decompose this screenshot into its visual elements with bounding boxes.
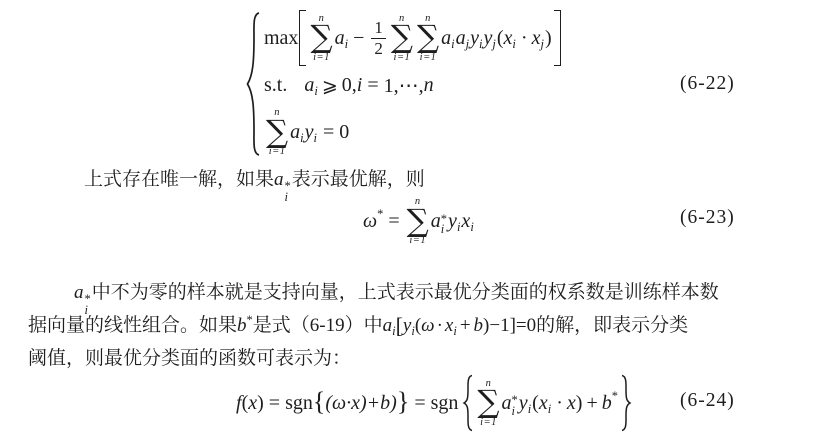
fraction-denominator: 2 <box>371 38 386 59</box>
summation-symbol: n ∑ i=1 <box>417 13 439 64</box>
var-y: y <box>448 210 457 233</box>
fraction-numerator: 1 <box>371 18 386 38</box>
text-segment: 的解，即表示分类 <box>536 315 688 336</box>
dot-operator: · <box>437 315 443 336</box>
sub-i: i <box>528 402 531 417</box>
equals-sign: = <box>269 392 280 415</box>
sub-i: i <box>441 224 444 235</box>
var-a: a <box>335 27 345 50</box>
summation-symbol: n ∑ i=1 <box>407 196 429 247</box>
summation-symbol: n ∑ i=1 <box>391 13 413 64</box>
sub-i: i <box>345 37 348 52</box>
paragraph-line: 据向量的线性组合。如果b*是式（6-19）中ai[yi(ω·xi+b)−1]=0… <box>28 310 688 339</box>
subject-to-label: s.t. <box>264 74 287 97</box>
supsub-star-i: *i <box>441 214 447 235</box>
sub-j: j <box>492 37 495 52</box>
supsub-star-i: *i <box>285 181 291 202</box>
var-x: x <box>248 392 257 415</box>
sup-star: * <box>612 389 618 404</box>
sub-i: i <box>285 192 288 203</box>
right-square-bracket <box>554 10 561 66</box>
var-y: y <box>519 392 528 415</box>
left-curly-brace <box>245 11 261 157</box>
var-x: x <box>539 392 548 415</box>
equals-sign: = <box>367 74 378 97</box>
eq23-block: ω* = n ∑ i=1 a*i yi xi <box>363 196 475 247</box>
sub-i: i <box>479 37 482 52</box>
text-segment: 中不为零的样本就是支持向量，上式表示最优分类面的权系数是训练样本数 <box>92 282 719 303</box>
sgn-operator: sgn <box>285 392 313 415</box>
sub-j: j <box>466 37 469 52</box>
summation-symbol: n ∑ i=1 <box>477 378 499 429</box>
sigma-glyph: ∑ <box>477 389 499 416</box>
eq22-rows: max n ∑ i=1 ai − 1 2 n ∑ i=1 <box>264 10 561 158</box>
sub-i: i <box>451 37 454 52</box>
text-segment: 表示最优解，则 <box>292 169 425 190</box>
sequence-dots: 1,⋯, <box>384 73 424 98</box>
sum-lower-limit: i=1 <box>420 52 437 64</box>
left-paren: ( <box>497 27 504 50</box>
left-curly-brace: { <box>313 387 325 417</box>
text-segment: 据向量的线性组合。如果 <box>28 315 237 336</box>
sigma-glyph: ∑ <box>407 208 429 235</box>
right-curly-brace: } <box>397 387 409 417</box>
sub-i: i <box>314 131 317 146</box>
var-y: y <box>305 121 314 144</box>
equation-number-6-24: (6-24) <box>680 390 735 412</box>
big-left-curly-brace <box>461 374 474 432</box>
sum-lower-limit: i=1 <box>269 146 286 158</box>
sub-i: i <box>457 220 460 235</box>
greater-equal-slanted: ⩾ <box>322 75 338 97</box>
sub-i: i <box>548 402 551 417</box>
sub-j: j <box>540 37 543 52</box>
left-square-bracket <box>299 10 306 66</box>
sup-star: * <box>377 207 383 222</box>
sum-lower-limit: i=1 <box>394 52 411 64</box>
equals-sign: = <box>414 392 425 415</box>
sigma-glyph: ∑ <box>417 24 439 51</box>
text-segment: 上式存在唯一解，如果 <box>84 169 274 190</box>
var-n: n <box>424 74 434 97</box>
var-a: a <box>290 121 300 144</box>
var-x: x <box>461 210 470 233</box>
eq22-equality-row: n ∑ i=1 ai yi = 0 <box>264 107 561 158</box>
equals-sign: = <box>323 121 334 144</box>
minus-sign: − <box>353 27 364 50</box>
zero-comma: 0, <box>342 74 357 97</box>
sub-i: i <box>512 406 515 417</box>
equation-number-6-23: (6-23) <box>680 207 735 229</box>
text-segment: 阈值，则最优分类面的函数可表示为： <box>28 348 351 369</box>
sum-lower-limit: i=1 <box>409 235 426 247</box>
dot-operator: · <box>521 27 528 50</box>
document-page: max n ∑ i=1 ai − 1 2 n ∑ i=1 <box>0 0 828 432</box>
sub-i: i <box>314 84 317 99</box>
summation-symbol: n ∑ i=1 <box>266 107 288 158</box>
var-x: x <box>567 392 576 415</box>
zero: 0 <box>339 121 349 144</box>
right-paren: ) <box>545 27 552 50</box>
eq22-objective-row: max n ∑ i=1 ai − 1 2 n ∑ i=1 <box>264 10 561 66</box>
var-a: a <box>304 74 314 97</box>
eq22-constraint-row: s.t. ai ⩾ 0, i = 1,⋯, n <box>264 73 561 98</box>
sub-i: i <box>300 131 303 146</box>
plus-sign: + <box>586 392 597 415</box>
sub-i: i <box>512 37 515 52</box>
var-b: b <box>237 315 247 336</box>
dot-operator: · <box>556 392 563 415</box>
paragraph-line: 阈值，则最优分类面的函数可表示为： <box>28 343 351 370</box>
sub-i: i <box>453 324 456 338</box>
sub-i: i <box>470 220 473 235</box>
text-segment: 是式（6-19）中 <box>253 315 383 336</box>
var-a: a <box>502 392 512 415</box>
var-i: i <box>357 74 363 97</box>
var-a: a <box>456 27 466 50</box>
sigma-glyph: ∑ <box>391 24 413 51</box>
math-tail: )−1]=0 <box>483 315 536 336</box>
var-a: a <box>274 169 284 190</box>
right-paren: ) <box>257 392 264 415</box>
var-a: a <box>431 210 441 233</box>
sum-lower-limit: i=1 <box>480 417 497 429</box>
max-operator: max <box>264 27 298 50</box>
equals-sign: = <box>388 210 399 233</box>
eq22-block: max n ∑ i=1 ai − 1 2 n ∑ i=1 <box>245 10 561 158</box>
left-square-bracket: [ <box>396 313 403 338</box>
sgn-operator: sgn <box>431 392 459 415</box>
eq24-block: f(x) = sgn { (ω·x)+b) } = sgn n ∑ i=1 a*… <box>236 374 633 432</box>
var-a: a <box>74 282 84 303</box>
big-right-curly-brace <box>620 374 633 432</box>
var-x: x <box>504 27 513 50</box>
var-omega: ω <box>363 210 377 233</box>
left-paren: ( <box>532 392 539 415</box>
var-a: a <box>441 27 451 50</box>
plus-sign: + <box>460 315 471 336</box>
sum-lower-limit: i=1 <box>313 52 330 64</box>
sigma-glyph: ∑ <box>310 24 332 51</box>
fraction-one-half: 1 2 <box>371 18 386 58</box>
equation-number-6-22: (6-22) <box>680 73 735 95</box>
supsub-star-i: *i <box>512 395 518 416</box>
var-y: y <box>470 27 479 50</box>
var-b: b <box>474 315 484 336</box>
inner-expression: (ω·x)+b) <box>325 392 396 415</box>
var-a: a <box>383 315 393 336</box>
var-omega: ω <box>421 315 434 336</box>
right-paren: ) <box>576 392 583 415</box>
summation-symbol: n ∑ i=1 <box>310 13 332 64</box>
sigma-glyph: ∑ <box>266 119 288 146</box>
var-b: b <box>602 392 612 415</box>
